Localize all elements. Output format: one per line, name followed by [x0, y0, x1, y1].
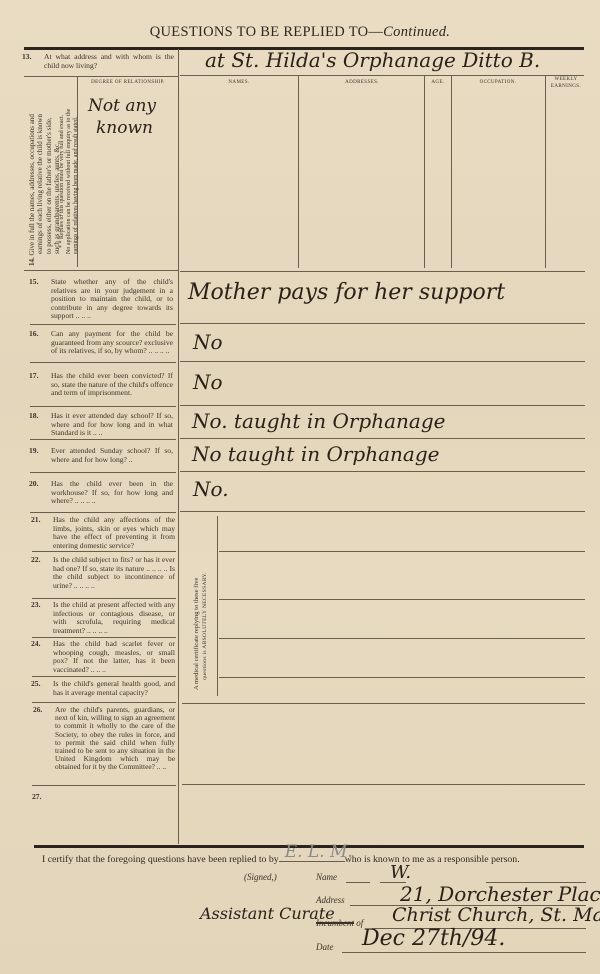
row-rule	[32, 702, 176, 703]
row-rule	[180, 471, 585, 472]
column-age: AGE.	[425, 80, 451, 85]
row-rule	[219, 599, 585, 600]
incumbent-replacement: Assistant Curate	[200, 904, 335, 923]
medical-certificate-note: A medical certificate replying to these …	[193, 572, 210, 690]
incumbent-label: Incumbent of	[316, 918, 363, 928]
q14-col-line-1	[298, 76, 299, 268]
question-21: 21.Has the child any affections of the l…	[53, 516, 175, 550]
row-rule	[32, 598, 176, 599]
question-18: 18.Has it ever attended day school? If s…	[51, 412, 173, 438]
question-20: 20.Has the child ever been in the workho…	[51, 480, 173, 506]
column-occupation: OCCUPATION.	[452, 80, 544, 85]
question-13: 13. At what address and with whom is the…	[44, 53, 174, 70]
row-rule	[30, 406, 176, 407]
row-rule	[32, 785, 176, 786]
row-rule	[32, 637, 176, 638]
row-rule	[219, 551, 585, 552]
name-underline	[346, 882, 370, 883]
question-26: 26.Are the child's parents, guardians, o…	[55, 706, 175, 772]
name-label: Name	[316, 872, 337, 882]
question-15: 15.State whether any of the child's rela…	[51, 278, 173, 321]
row-rule	[180, 323, 585, 324]
row-rule	[180, 361, 585, 362]
row-rule	[182, 703, 585, 704]
date-underline	[342, 952, 586, 953]
row-rule	[219, 677, 585, 678]
question-17: 17.Has the child ever been convicted? If…	[51, 372, 173, 398]
question-16: 16.Can any payment for the child be guar…	[51, 330, 173, 356]
column-weekly-earnings: WEEKLY EARNINGS.	[546, 76, 586, 90]
row-rule	[180, 438, 585, 439]
row-rule	[30, 472, 176, 473]
answer-15: Mother pays for her support	[188, 280, 505, 305]
address-value: 21, Dorchester Place	[400, 882, 600, 906]
column-names: NAMES.	[180, 80, 298, 85]
question-23: 23.Is the child at present affected with…	[53, 601, 175, 635]
q14-table-top-rule	[180, 75, 584, 76]
question-25: 25.Is the child's general health good, a…	[53, 680, 175, 697]
incumbent-value: Christ Church, St. Marylebone	[392, 904, 600, 926]
answer-17: No	[193, 370, 223, 394]
answer-16: No	[193, 330, 223, 354]
application-form-page: QUESTIONS TO BE REPLIED TO—Continued. 13…	[0, 0, 600, 974]
name-value: W.	[390, 862, 411, 883]
answer-14-line1: Not any	[88, 96, 156, 116]
row-rule	[180, 405, 585, 406]
row-rule	[30, 439, 176, 440]
question-14-note: * * Replies to this question must be ver…	[59, 109, 80, 262]
column-relationship: DEGREE OF RELATIONSHIP.	[80, 80, 176, 85]
row-rule	[32, 551, 176, 552]
q14-col-line-4	[545, 76, 546, 268]
q14-bottom-rule-right	[180, 271, 585, 272]
signed-label: (Signed,)	[244, 872, 277, 882]
question-22: 22.Is the child subject to fits? or has …	[53, 556, 175, 590]
column-addresses: ADDRESSES.	[300, 80, 424, 85]
q14-col-line-2	[424, 76, 425, 268]
question-14: 14. Give in full the names, addresses, o…	[28, 114, 62, 266]
row-rule	[182, 784, 585, 785]
row-rule	[219, 638, 585, 639]
row-rule	[30, 362, 176, 363]
q14-col-line-3	[451, 76, 452, 268]
date-value: Dec 27th/94.	[362, 926, 505, 951]
date-label: Date	[316, 942, 334, 952]
row-rule	[30, 512, 176, 513]
row-rule	[180, 511, 585, 512]
page-title: QUESTIONS TO BE REPLIED TO—Continued.	[0, 24, 600, 41]
medical-note-divider	[217, 516, 218, 696]
row-rule	[32, 676, 176, 677]
answer-13: at St. Hilda's Orphanage Ditto B.	[205, 48, 540, 72]
column-divider	[178, 49, 179, 844]
answer-19: No taught in Orphanage	[192, 442, 439, 466]
question-24: 24.Has the child had scarlet fever or wh…	[53, 640, 175, 674]
answer-14-line2: known	[96, 118, 153, 138]
question-19: 19.Ever attended Sunday school? If so, w…	[51, 447, 173, 464]
answer-20: No.	[193, 477, 229, 501]
certification-statement: I certify that the foregoing questions h…	[42, 850, 520, 865]
answer-18: No. taught in Orphanage	[192, 409, 445, 433]
row-rule	[30, 324, 176, 325]
q14-top-rule	[24, 76, 178, 77]
replied-by-field: E. L. M.	[279, 850, 345, 862]
question-27: 27.	[32, 793, 72, 802]
q14-bottom-rule-left	[24, 270, 178, 271]
